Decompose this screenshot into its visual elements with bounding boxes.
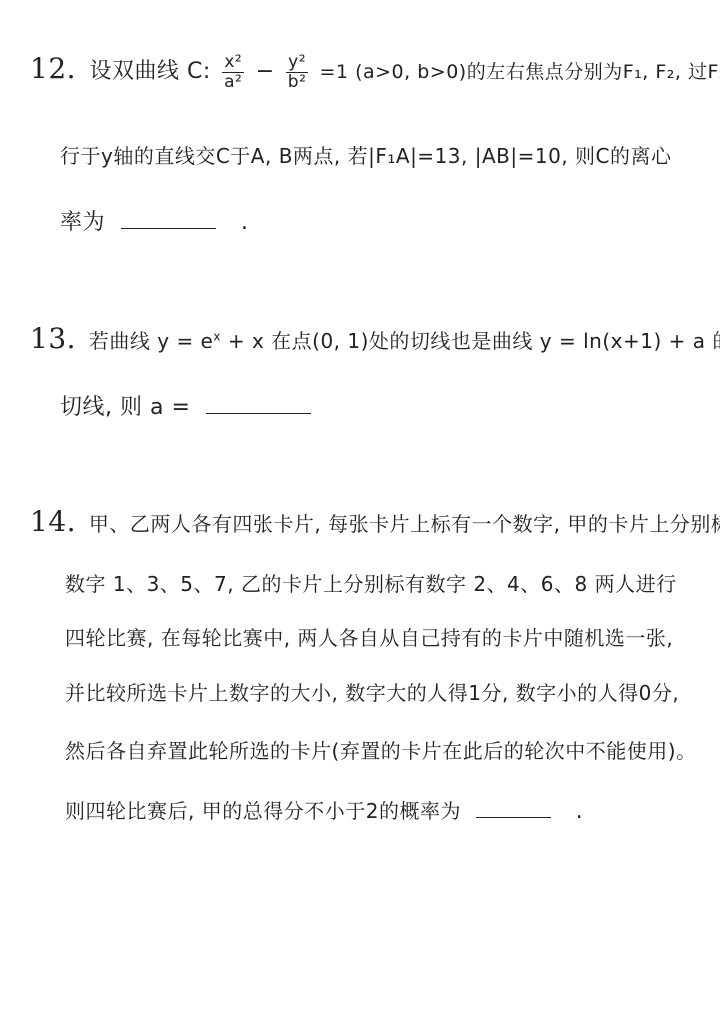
q14-number: 14. [30, 505, 76, 538]
q14-line-5: 然后各自弃置此轮所选的卡片(弃置的卡片在此后的轮次中不能使用)。 [65, 735, 697, 764]
q14-answer-blank[interactable] [476, 815, 551, 818]
q12-text-prefix: 设双曲线 C: [90, 59, 211, 84]
fraction-x2-a2: x² a² [222, 53, 244, 91]
frac-denominator: b² [288, 73, 307, 92]
q12-text-suffix: =1 (a>0, b>0)的左右焦点分别为F₁, F₂, 过F₂作平 [320, 61, 720, 83]
fraction-y2-b2: y² b² [286, 53, 308, 91]
q13-text: 切线, 则 a = [60, 395, 190, 420]
q13-line-2: 切线, 则 a = [60, 390, 317, 421]
period: . [241, 210, 249, 235]
q13-text-a: 若曲线 y = e [89, 329, 213, 353]
exponent: x [213, 329, 221, 343]
q13-number: 13. [30, 322, 76, 355]
q12-line-2: 行于y轴的直线交C于A, B两点, 若|F₁A|=13, |AB|=10, 则C… [60, 140, 672, 169]
q12-line-1: 12. 设双曲线 C: x² a² − y² b² =1 (a>0, b>0)的… [30, 52, 720, 91]
q12-text: 率为 [60, 210, 105, 235]
frac-numerator: y² [286, 53, 308, 73]
q14-line-3: 四轮比赛, 在每轮比赛中, 两人各自从自己持有的卡片中随机选一张, [65, 622, 673, 651]
q12-line-3: 率为 . [60, 205, 249, 236]
q13-line-1: 13. 若曲线 y = ex + x 在点(0, 1)处的切线也是曲线 y = … [30, 322, 720, 355]
q14-line-4: 并比较所选卡片上数字的大小, 数字大的人得1分, 数字小的人得0分, [65, 677, 679, 706]
q14-line-6: 则四轮比赛后, 甲的总得分不小于2的概率为 . [65, 795, 583, 824]
q14-text: 则四轮比赛后, 甲的总得分不小于2的概率为 [65, 799, 461, 823]
q13-text-b: + x 在点(0, 1)处的切线也是曲线 y = ln(x+1) + a 的 [221, 329, 720, 353]
q14-line-1: 14. 甲、乙两人各有四张卡片, 每张卡片上标有一个数字, 甲的卡片上分别标有 [30, 505, 720, 538]
frac-numerator: x² [222, 53, 244, 73]
frac-denominator: a² [224, 73, 242, 92]
minus-sign: − [256, 59, 275, 84]
q12-answer-blank[interactable] [121, 226, 216, 229]
q14-text: 甲、乙两人各有四张卡片, 每张卡片上标有一个数字, 甲的卡片上分别标有 [89, 512, 720, 536]
q12-number: 12. [30, 52, 76, 85]
q13-answer-blank[interactable] [206, 411, 311, 414]
q14-line-2: 数字 1、3、5、7, 乙的卡片上分别标有数字 2、4、6、8 两人进行 [65, 568, 677, 597]
period: . [576, 799, 584, 824]
